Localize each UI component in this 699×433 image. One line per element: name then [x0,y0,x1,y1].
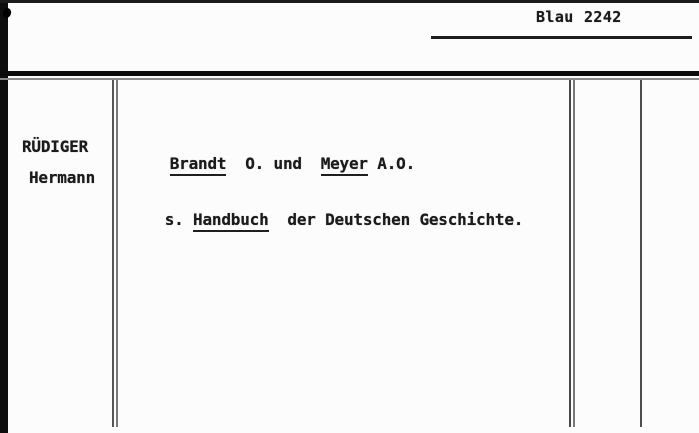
left-column-rule [112,80,118,427]
header-underline-rule [431,36,692,39]
catalog-number: 2242 [584,10,622,26]
author-surname: RÜDIGER [22,139,88,156]
catalog-card-scan: Blau 2242 RÜDIGER Hermann Brandt O. und … [0,0,699,433]
see-reference-rest: der Deutschen Geschichte. [269,210,524,229]
entry-line-2: s. Handbuch der Deutschen Geschichte. [127,195,523,245]
right-column-rule [640,80,642,427]
author-forename: Hermann [29,170,95,187]
see-abbreviation: s. [165,210,193,229]
middle-column-rule [569,80,575,427]
ink-dot [2,7,13,19]
right-scan-border [0,0,8,433]
entry-line-1: Brandt O. und Meyer A.O. [132,139,415,189]
entry-suffix: A.O. [368,154,415,173]
see-reference-title: Handbuch [193,210,268,232]
referenced-author-1: Brandt [170,154,227,176]
header-rule-thin [0,78,699,80]
classification-label: Blau [536,10,574,26]
header-rule-thick [0,71,699,76]
card-bottom-rule [0,0,699,3]
referenced-author-2: Meyer [321,154,368,176]
entry-connector: O. und [226,154,320,173]
